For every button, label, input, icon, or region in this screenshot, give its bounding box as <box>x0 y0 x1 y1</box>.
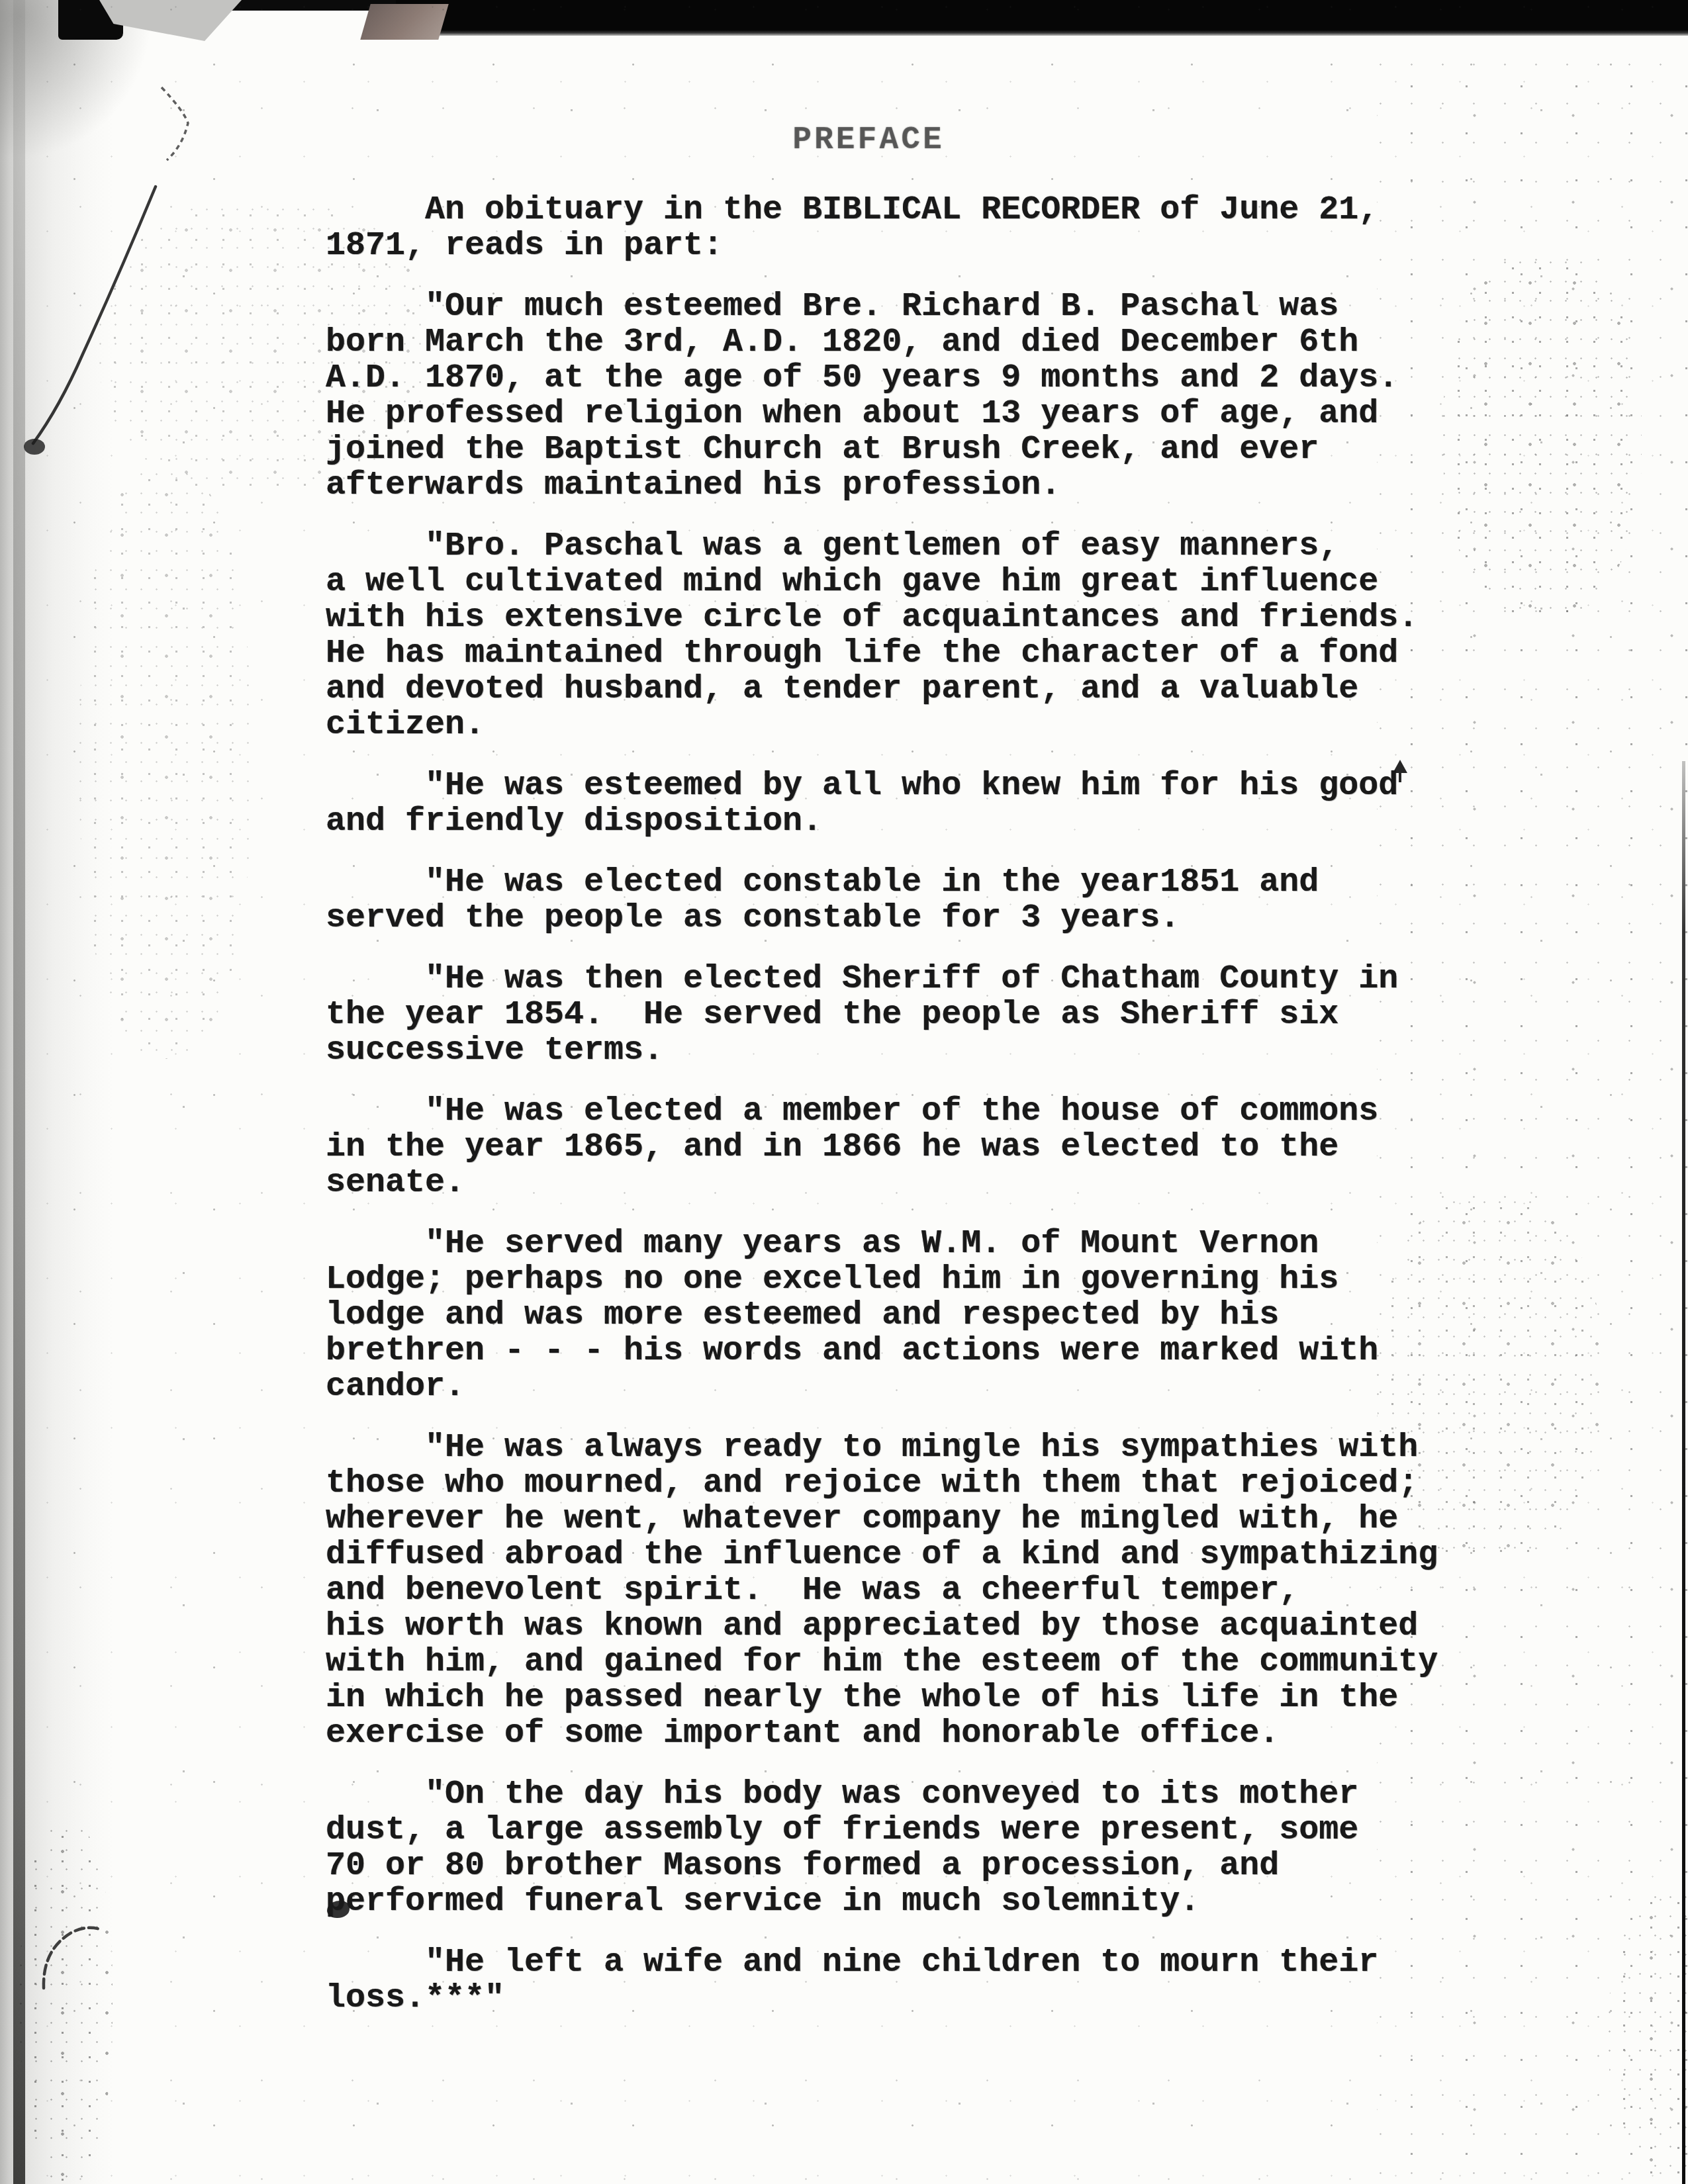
text-line: with his extensive circle of acquaintanc… <box>326 600 1411 636</box>
text-line: "He was elected a member of the house of… <box>326 1094 1411 1130</box>
text-line: exercise of some important and honorable… <box>326 1716 1411 1752</box>
text-line: A.D. 1870, at the age of 50 years 9 mont… <box>326 361 1411 396</box>
book-spine-shadow <box>0 0 113 2184</box>
text-line: wherever he went, whatever company he mi… <box>326 1502 1411 1537</box>
text-line: brethren - - - his words and actions wer… <box>326 1334 1411 1369</box>
text-line: his worth was known and appreciated by t… <box>326 1609 1411 1645</box>
text-line: "He left a wife and nine children to mou… <box>326 1945 1411 1981</box>
document-body: An obituary in the BIBLICAL RECORDER of … <box>326 193 1411 2017</box>
scan-edge-line <box>1682 761 1685 2184</box>
text-line: joined the Baptist Church at Brush Creek… <box>326 432 1411 468</box>
speckle-patch <box>79 463 252 1059</box>
text-line: lodge and was more esteemed and respecte… <box>326 1298 1411 1334</box>
paragraph: An obituary in the BIBLICAL RECORDER of … <box>326 193 1411 264</box>
chevron-scratch-mark <box>158 85 197 164</box>
document: PREFACE An obituary in the BIBLICAL RECO… <box>326 122 1411 2017</box>
scanner-edge-bar <box>396 0 1688 36</box>
paragraph: "Our much esteemed Bre. Richard B. Pasch… <box>326 289 1411 504</box>
speckle-patch <box>1609 1886 1688 2184</box>
paragraph: "Bro. Paschal was a gentlemen of easy ma… <box>326 529 1411 743</box>
paragraph: "He served many years as W.M. of Mount V… <box>326 1226 1411 1405</box>
paragraph: "He was always ready to mingle his sympa… <box>326 1430 1411 1752</box>
text-line: dust, a large assembly of friends were p… <box>326 1813 1411 1848</box>
text-line: afterwards maintained his profession. <box>326 468 1411 504</box>
text-line: Lodge; perhaps no one excelled him in go… <box>326 1262 1411 1298</box>
text-line: a well cultivated mind which gave him gr… <box>326 565 1411 600</box>
text-line: loss.***" <box>326 1981 1411 2017</box>
speckle-patch <box>1443 251 1642 622</box>
text-line: in which he passed nearly the whole of h… <box>326 1680 1411 1716</box>
text-line: citizen. <box>326 707 1411 743</box>
paragraph: "On the day his body was conveyed to its… <box>326 1777 1411 1920</box>
scanned-page: PREFACE An obituary in the BIBLICAL RECO… <box>0 0 1688 2184</box>
text-line: "Bro. Paschal was a gentlemen of easy ma… <box>326 529 1411 565</box>
text-line: with him, and gained for him the esteem … <box>326 1645 1411 1680</box>
text-line: "Our much esteemed Bre. Richard B. Pasch… <box>326 289 1411 325</box>
text-line: served the people as constable for 3 yea… <box>326 901 1411 936</box>
text-line: 1871, reads in part: <box>326 228 1411 264</box>
text-line: candor. <box>326 1369 1411 1405</box>
scanner-dark-shape <box>360 4 448 40</box>
paragraph: "He left a wife and nine children to mou… <box>326 1945 1411 2017</box>
arc-pen-mark <box>37 1919 110 1999</box>
text-line: "He was always ready to mingle his sympa… <box>326 1430 1411 1466</box>
text-line: successive terms. <box>326 1033 1411 1069</box>
text-line: "He was then elected Sheriff of Chatham … <box>326 962 1411 997</box>
text-line: "On the day his body was conveyed to its… <box>326 1777 1411 1813</box>
diagonal-scratch-mark <box>20 179 172 463</box>
text-line: senate. <box>326 1165 1411 1201</box>
text-line: in the year 1865, and in 1866 he was ele… <box>326 1130 1411 1165</box>
text-line: 70 or 80 brother Masons formed a process… <box>326 1848 1411 1884</box>
scan-speckle-right-margin <box>1377 60 1688 2184</box>
paragraph: "He was esteemed by all who knew him for… <box>326 768 1411 840</box>
text-line: born March the 3rd, A.D. 1820, and died … <box>326 325 1411 361</box>
text-line: and friendly disposition. <box>326 804 1411 840</box>
text-line: He has maintained through life the chara… <box>326 636 1411 672</box>
text-line: diffused abroad the influence of a kind … <box>326 1537 1411 1573</box>
text-line: "He was esteemed by all who knew him for… <box>326 768 1411 804</box>
paragraph: "He was then elected Sheriff of Chatham … <box>326 962 1411 1069</box>
page-fold-line <box>13 0 25 2184</box>
page-title: PREFACE <box>326 122 1411 158</box>
text-line: and benevolent spirit. He was a cheerful… <box>326 1573 1411 1609</box>
text-line: the year 1854. He served the people as S… <box>326 997 1411 1033</box>
text-line: "He served many years as W.M. of Mount V… <box>326 1226 1411 1262</box>
text-line: "He was elected constable in the year185… <box>326 865 1411 901</box>
text-line: An obituary in the BIBLICAL RECORDER of … <box>326 193 1411 228</box>
text-line: He professed religion when about 13 year… <box>326 396 1411 432</box>
text-line: and devoted husband, a tender parent, an… <box>326 672 1411 707</box>
paragraph: "He was elected constable in the year185… <box>326 865 1411 936</box>
paragraph: "He was elected a member of the house of… <box>326 1094 1411 1201</box>
text-line: performed funeral service in much solemn… <box>326 1884 1411 1920</box>
speckle-patch <box>20 1820 113 2184</box>
text-line: those who mourned, and rejoice with them… <box>326 1466 1411 1502</box>
